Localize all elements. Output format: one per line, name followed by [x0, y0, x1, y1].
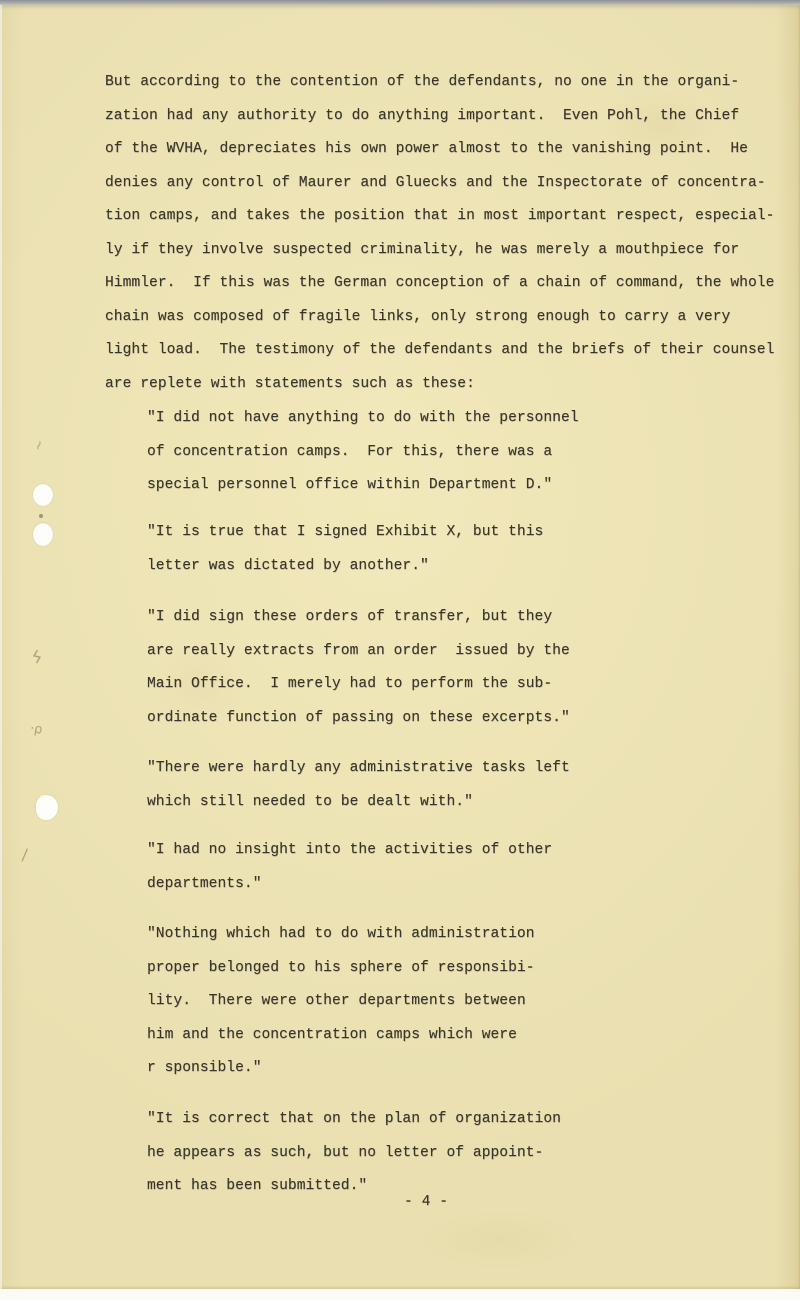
quote-block-3: "I did sign these orders of transfer, bu… [147, 601, 707, 735]
quote-block-1: "I did not have anything to do with the … [147, 402, 707, 503]
paragraph-body: But according to the contention of the d… [105, 66, 795, 401]
quote-block-2: "It is true that I signed Exhibit X, but… [147, 516, 707, 583]
quote-block-4: "There were hardly any administrative ta… [147, 752, 707, 819]
hole-punch [36, 795, 58, 820]
hole-punch [33, 523, 53, 546]
page-number: - 4 - [404, 1186, 448, 1220]
hole-punch [33, 484, 53, 506]
quote-block-6: "Nothing which had to do with administra… [147, 918, 707, 1086]
ink-speck [39, 514, 43, 518]
scanned-document-page: But according to the contention of the d… [0, 0, 800, 1300]
paper-left-edge [0, 5, 2, 1289]
quote-block-5: "I had no insight into the activities of… [147, 834, 707, 901]
